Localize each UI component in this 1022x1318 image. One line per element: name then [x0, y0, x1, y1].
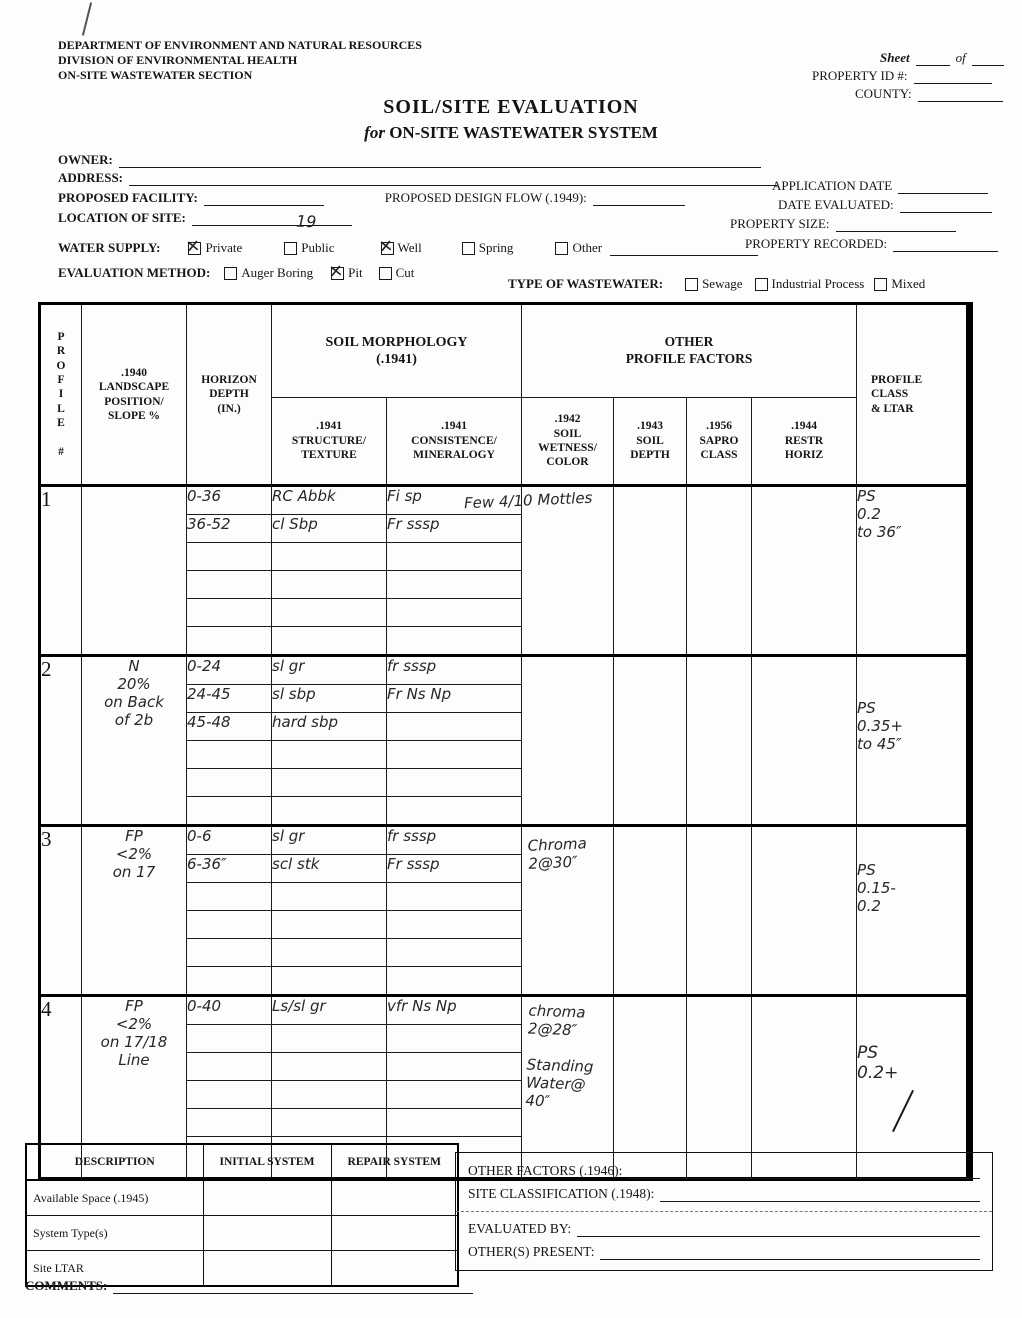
profile-3-horizon-2-structure: scl stk [272, 855, 387, 883]
design-flow-line [593, 192, 685, 206]
property-recorded-label: PROPERTY RECORDED: [745, 236, 887, 252]
proposed-facility-label: PROPOSED FACILITY: [58, 190, 198, 206]
header-landscape: .1940 LANDSCAPE POSITION/ SLOPE % [82, 304, 187, 486]
owner-row: OWNER: [58, 152, 761, 168]
property-recorded-row: PROPERTY RECORDED: [745, 236, 998, 252]
header-soil-morphology: SOIL MORPHOLOGY (.1941) [272, 304, 522, 398]
header-horizon-depth: HORIZON DEPTH (IN.) [187, 304, 272, 486]
header-other-profile-factors: OTHER PROFILE FACTORS [522, 304, 857, 398]
header-consistence-mineralogy: .1941 CONSISTENCE/ MINERALOGY [387, 398, 522, 486]
profile-2-horizon-3-structure: hard sbp [272, 713, 387, 741]
location-handwritten-value: 19 [296, 212, 317, 232]
profile-2-class-ltar: PS 0.35+ to 45″ [857, 656, 970, 826]
profile-1-horizon-1-structure: RC Abbk [272, 486, 387, 515]
site-classification-label: SITE CLASSIFICATION (.1948): [468, 1186, 654, 1202]
profile-2-horizon-3-consistence [387, 713, 522, 741]
dashed-divider [456, 1211, 992, 1212]
agency-line-1: DEPARTMENT OF ENVIRONMENT AND NATURAL RE… [58, 38, 422, 53]
profile-1-class-ltar: PS 0.2 to 36″ [857, 486, 970, 656]
location-label: LOCATION OF SITE: [58, 210, 186, 226]
agency-header: DEPARTMENT OF ENVIRONMENT AND NATURAL RE… [58, 38, 422, 83]
header-sapro-class: .1956 SAPRO CLASS [687, 398, 752, 486]
water-supply-option-other: Other [572, 240, 602, 256]
checkbox-pit [331, 267, 344, 280]
title-line-2: ON-SITE WASTEWATER SYSTEM [389, 123, 658, 142]
date-evaluated-label: DATE EVALUATED: [778, 197, 894, 213]
soil-profile-table: P R O F I L E # .1940 LANDSCAPE POSITION… [38, 302, 973, 1181]
wastewater-option-mixed: Mixed [891, 276, 925, 292]
profile-2-horizon-1-consistence: fr sssp [387, 656, 522, 685]
evaluation-method-label: EVALUATION METHOD: [58, 265, 210, 281]
owner-line [119, 154, 761, 168]
checkbox-auger-boring [224, 267, 237, 280]
header-soil-depth: .1943 SOIL DEPTH [614, 398, 687, 486]
profile-3-horizon-2-consistence: Fr sssp [387, 855, 522, 883]
profile-3-horizon-1-consistence: fr sssp [387, 826, 522, 855]
checkbox-public [284, 242, 297, 255]
checkbox-private [188, 242, 201, 255]
profile-1-restr-cell [752, 486, 857, 656]
property-recorded-line [893, 238, 998, 252]
profile-1-sapro-cell [687, 486, 752, 656]
sheet-total-line [972, 52, 1004, 66]
profile-2-wetness-cell [522, 656, 614, 826]
profile-4-horizon-1-depth: 0-40 [187, 996, 272, 1025]
water-supply-option-public: Public [301, 240, 334, 256]
checkbox-mixed [874, 278, 887, 291]
evaluation-method-row: EVALUATION METHOD: Auger Boring Pit Cut [58, 265, 414, 281]
profile-3-horizon-1-structure: sl gr [272, 826, 387, 855]
water-supply-row: WATER SUPPLY: Private Public Well Spring… [58, 240, 758, 256]
evaluation-method-option-pit: Pit [348, 265, 362, 281]
profile-1-row: 1 0-36 RC Abbk Fi sp Few 4/10 Mottles PS… [40, 486, 970, 515]
checkbox-other [555, 242, 568, 255]
system-types-repair-cell [331, 1216, 458, 1251]
other-factors-line [628, 1165, 980, 1179]
profile-1-horizon-1-depth: 0-36 [187, 486, 272, 515]
water-supply-option-well: Well [398, 240, 422, 256]
address-label: ADDRESS: [58, 170, 123, 186]
property-id-row: PROPERTY ID #: [812, 68, 992, 84]
profile-2-restr-cell [752, 656, 857, 826]
property-size-label: PROPERTY SIZE: [730, 216, 830, 232]
comments-label: COMMENTS: [25, 1278, 107, 1294]
profile-3-restr-cell [752, 826, 857, 996]
site-classification-line [660, 1188, 980, 1202]
profile-2-soil-depth-cell [614, 656, 687, 826]
agency-line-2: DIVISION OF ENVIRONMENTAL HEALTH [58, 53, 422, 68]
checkbox-spring [462, 242, 475, 255]
application-date-label: APPLICATION DATE [772, 178, 892, 194]
wastewater-option-industrial: Industrial Process [772, 276, 865, 292]
water-supply-option-spring: Spring [479, 240, 514, 256]
profile-2-sapro-cell [687, 656, 752, 826]
profile-1-soil-depth-cell [614, 486, 687, 656]
header-restr-horiz: .1944 RESTR HORIZ [752, 398, 857, 486]
title-for: for [364, 123, 385, 142]
profile-4-row: 4 FP <2% on 17/18 Line 0-40 Ls/sl gr vfr… [40, 996, 970, 1025]
application-date-row: APPLICATION DATE [772, 178, 988, 194]
others-present-label: OTHER(S) PRESENT: [468, 1244, 594, 1260]
header-profile-class-ltar: PROFILE CLASS & LTAR [857, 304, 970, 486]
profile-3-wetness: Chroma 2@30″ [527, 833, 613, 873]
header-soil-wetness-color: .1942 SOIL WETNESS/ COLOR [522, 398, 614, 486]
profile-2-row: 2 N 20% on Back of 2b 0-24 sl gr fr sssp… [40, 656, 970, 685]
site-classification-box: OTHER FACTORS (.1946): SITE CLASSIFICATI… [455, 1152, 993, 1271]
profile-3-horizon-1-depth: 0-6 [187, 826, 272, 855]
sheet-of-label: of [956, 50, 966, 66]
property-size-row: PROPERTY SIZE: [730, 216, 956, 232]
profile-4-wetness: chroma 2@28″ Standing Water@ 40″ [525, 1002, 615, 1113]
date-evaluated-row: DATE EVALUATED: [778, 197, 992, 213]
profile-2-horizon-3-depth: 45-48 [187, 713, 272, 741]
profile-2-number: 2 [40, 656, 82, 826]
sheet-number-line [916, 52, 950, 66]
profile-3-row: 3 FP <2% on 17 0-6 sl gr fr sssp Chroma … [40, 826, 970, 855]
checkbox-sewage [685, 278, 698, 291]
sheet-label: Sheet [880, 50, 910, 66]
profile-2-horizon-1-structure: sl gr [272, 656, 387, 685]
profile-3-soil-depth-cell [614, 826, 687, 996]
date-evaluated-line [900, 199, 992, 213]
profile-3-landscape: FP <2% on 17 [82, 826, 187, 996]
proposed-facility-line [204, 192, 324, 206]
profile-2-landscape: N 20% on Back of 2b [82, 656, 187, 826]
profile-1-horizon-2-consistence: Fr sssp [387, 515, 522, 543]
checkbox-industrial [755, 278, 768, 291]
profile-3-class-ltar: PS 0.15- 0.2 [857, 826, 970, 996]
profile-1-landscape [82, 486, 187, 656]
wastewater-option-sewage: Sewage [702, 276, 742, 292]
profile-1-horizon-2-depth: 36-52 [187, 515, 272, 543]
profile-2-horizon-2-structure: sl sbp [272, 685, 387, 713]
agency-line-3: ON-SITE WASTEWATER SECTION [58, 68, 422, 83]
profile-1-horizon-2-structure: cl Sbp [272, 515, 387, 543]
profile-2-horizon-1-depth: 0-24 [187, 656, 272, 685]
profile-3-number: 3 [40, 826, 82, 996]
profile-4-horizon-1-consistence: vfr Ns Np [387, 996, 522, 1025]
evaluation-method-option-cut: Cut [396, 265, 415, 281]
owner-label: OWNER: [58, 152, 113, 168]
comments-line [113, 1280, 473, 1294]
summary-row-system-types: System Type(s) [26, 1216, 203, 1251]
evaluated-by-label: EVALUATED BY: [468, 1221, 571, 1237]
profile-3-horizon-2-depth: 6-36″ [187, 855, 272, 883]
evaluated-by-line [577, 1223, 980, 1237]
comments-row: COMMENTS: [25, 1278, 473, 1294]
profile-1-wetness-cell: Few 4/10 Mottles [522, 486, 614, 656]
system-types-initial-cell [203, 1216, 331, 1251]
checkbox-cut [379, 267, 392, 280]
address-row: ADDRESS: [58, 170, 777, 186]
address-line [129, 172, 777, 186]
design-flow-label: PROPOSED DESIGN FLOW (.1949): [385, 190, 587, 206]
wastewater-row: TYPE OF WASTEWATER: Sewage Industrial Pr… [508, 276, 925, 292]
profile-2-horizon-2-depth: 24-45 [187, 685, 272, 713]
wastewater-label: TYPE OF WASTEWATER: [508, 276, 663, 292]
available-space-initial-cell [203, 1180, 331, 1216]
title-line-1: SOIL/SITE EVALUATION [0, 96, 1022, 119]
system-summary-table: DESCRIPTION INITIAL SYSTEM REPAIR SYSTEM… [25, 1143, 459, 1287]
property-size-line [836, 218, 956, 232]
others-present-line [600, 1246, 980, 1260]
profile-1-number: 1 [40, 486, 82, 656]
summary-header-repair-system: REPAIR SYSTEM [331, 1144, 458, 1180]
profile-3-wetness-cell: Chroma 2@30″ [522, 826, 614, 996]
header-structure-texture: .1941 STRUCTURE/ TEXTURE [272, 398, 387, 486]
property-id-line [914, 70, 992, 84]
form-title: SOIL/SITE EVALUATION for ON-SITE WASTEWA… [0, 96, 1022, 143]
water-supply-other-line [610, 242, 758, 256]
scan-artifact-mark [82, 2, 92, 35]
water-supply-option-private: Private [205, 240, 242, 256]
summary-header-description: DESCRIPTION [26, 1144, 203, 1180]
scanned-soil-site-evaluation-form: DEPARTMENT OF ENVIRONMENT AND NATURAL RE… [0, 0, 1022, 1318]
profile-2-horizon-2-consistence: Fr Ns Np [387, 685, 522, 713]
proposed-facility-row: PROPOSED FACILITY: PROPOSED DESIGN FLOW … [58, 190, 685, 206]
water-supply-label: WATER SUPPLY: [58, 240, 160, 256]
application-date-line [898, 180, 988, 194]
profile-3-sapro-cell [687, 826, 752, 996]
property-id-label: PROPERTY ID #: [812, 68, 908, 84]
evaluation-method-option-auger: Auger Boring [241, 265, 313, 281]
summary-header-initial-system: INITIAL SYSTEM [203, 1144, 331, 1180]
header-profile-number: P R O F I L E # [40, 304, 82, 486]
available-space-repair-cell [331, 1180, 458, 1216]
profile-4-horizon-1-structure: Ls/sl gr [272, 996, 387, 1025]
sheet-of-row: Sheet of [880, 50, 1004, 66]
location-line [192, 212, 352, 226]
other-factors-label: OTHER FACTORS (.1946): [468, 1163, 622, 1179]
checkbox-well [381, 242, 394, 255]
summary-row-available-space: Available Space (.1945) [26, 1180, 203, 1216]
